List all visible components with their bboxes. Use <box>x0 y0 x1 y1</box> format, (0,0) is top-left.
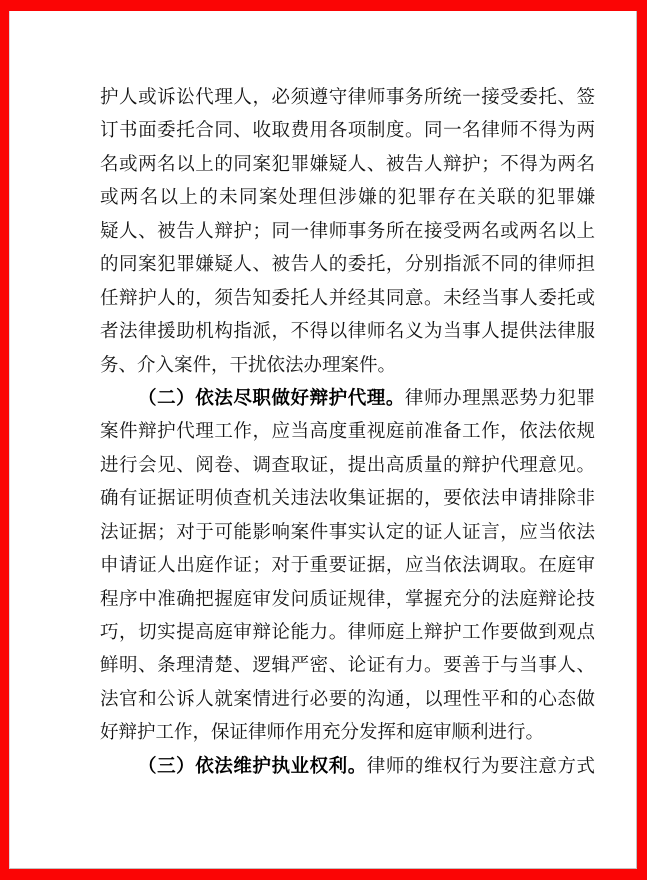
text-line: 确有证据证明侦查机关违法收集证据的，要依法申请排除非 <box>100 483 595 516</box>
text-line: 法官和公诉人就案情进行必要的沟通，以理性平和的心态做 <box>100 684 595 717</box>
body-text: 者法律援助机构指派，不得以律师名义为当事人提供法律服 <box>100 322 595 342</box>
body-text: 或两名以上的未同案处理但涉嫌的犯罪存在关联的犯罪嫌 <box>100 188 595 208</box>
body-text: 法官和公诉人就案情进行必要的沟通，以理性平和的心态做 <box>100 690 595 710</box>
body-text: 巧，切实提高庭审辩论能力。律师庭上辩护工作要做到观点 <box>100 623 595 643</box>
body-text: 法证据；对于可能影响案件事实认定的证人证言，应当依法 <box>100 523 595 543</box>
text-line: （二）依法尽职做好辩护代理。律师办理黑恶势力犯罪 <box>100 383 595 416</box>
body-text: 案件辩护代理工作，应当高度重视庭前准备工作，依法依规 <box>100 422 595 442</box>
text-line: 进行会见、阅卷、调查取证，提出高质量的辩护代理意见。 <box>100 450 595 483</box>
body-text: 的同案犯罪嫌疑人、被告人的委托，分别指派不同的律师担 <box>100 255 595 275</box>
text-line: 鲜明、条理清楚、逻辑严密、论证有力。要善于与当事人、 <box>100 650 595 683</box>
text-line: 申请证人出庭作证；对于重要证据，应当依法调取。在庭审 <box>100 550 595 583</box>
text-line: 名或两名以上的同案犯罪嫌疑人、被告人辩护；不得为两名 <box>100 149 595 182</box>
text-line: 的同案犯罪嫌疑人、被告人的委托，分别指派不同的律师担 <box>100 249 595 282</box>
text-line: 巧，切实提高庭审辩论能力。律师庭上辩护工作要做到观点 <box>100 617 595 650</box>
body-text: 进行会见、阅卷、调查取证，提出高质量的辩护代理意见。 <box>100 456 595 476</box>
body-text: 确有证据证明侦查机关违法收集证据的，要依法申请排除非 <box>100 489 595 509</box>
body-text: 任辩护人的，须告知委托人并经其同意。未经当事人委托或 <box>100 289 595 309</box>
text-line: 或两名以上的未同案处理但涉嫌的犯罪存在关联的犯罪嫌 <box>100 182 595 215</box>
document-body: 护人或诉讼代理人，必须遵守律师事务所统一接受委托、签订书面委托合同、收取费用各项… <box>100 82 595 784</box>
text-line: 疑人、被告人辩护；同一律师事务所在接受两名或两名以上 <box>100 216 595 249</box>
text-line: 订书面委托合同、收取费用各项制度。同一名律师不得为两 <box>100 115 595 148</box>
section-heading: （三）依法维护执业权利。 <box>138 757 367 777</box>
section-heading: （二）依法尽职做好辩护代理。 <box>138 389 405 409</box>
text-line: 务、介入案件，干扰依法办理案件。 <box>100 350 595 383</box>
body-text: 护人或诉讼代理人，必须遵守律师事务所统一接受委托、签 <box>100 88 595 108</box>
body-text: 疑人、被告人辩护；同一律师事务所在接受两名或两名以上 <box>100 222 595 242</box>
text-line: 法证据；对于可能影响案件事实认定的证人证言，应当依法 <box>100 517 595 550</box>
body-text: 鲜明、条理清楚、逻辑严密、论证有力。要善于与当事人、 <box>100 656 595 676</box>
text-line: 案件辩护代理工作，应当高度重视庭前准备工作，依法依规 <box>100 416 595 449</box>
body-text: 好辩护工作，保证律师作用充分发挥和庭审顺利进行。 <box>100 723 544 743</box>
text-line: 程序中准确把握庭审发问质证规律，掌握充分的法庭辩论技 <box>100 584 595 617</box>
body-text: 律师的维权行为要注意方式 <box>367 757 595 777</box>
text-line: 任辩护人的，须告知委托人并经其同意。未经当事人委托或 <box>100 283 595 316</box>
body-text: 名或两名以上的同案犯罪嫌疑人、被告人辩护；不得为两名 <box>100 155 595 175</box>
text-line: （三）依法维护执业权利。律师的维权行为要注意方式 <box>100 751 595 784</box>
document-page: 护人或诉讼代理人，必须遵守律师事务所统一接受委托、签订书面委托合同、收取费用各项… <box>9 11 637 869</box>
body-text: 律师办理黑恶势力犯罪 <box>405 389 595 409</box>
text-line: 好辩护工作，保证律师作用充分发挥和庭审顺利进行。 <box>100 717 595 750</box>
body-text: 程序中准确把握庭审发问质证规律，掌握充分的法庭辩论技 <box>100 590 595 610</box>
page-frame: 护人或诉讼代理人，必须遵守律师事务所统一接受委托、签订书面委托合同、收取费用各项… <box>0 0 647 880</box>
body-text: 申请证人出庭作证；对于重要证据，应当依法调取。在庭审 <box>100 556 595 576</box>
text-line: 者法律援助机构指派，不得以律师名义为当事人提供法律服 <box>100 316 595 349</box>
body-text: 务、介入案件，干扰依法办理案件。 <box>100 356 396 376</box>
text-line: 护人或诉讼代理人，必须遵守律师事务所统一接受委托、签 <box>100 82 595 115</box>
body-text: 订书面委托合同、收取费用各项制度。同一名律师不得为两 <box>100 121 595 141</box>
